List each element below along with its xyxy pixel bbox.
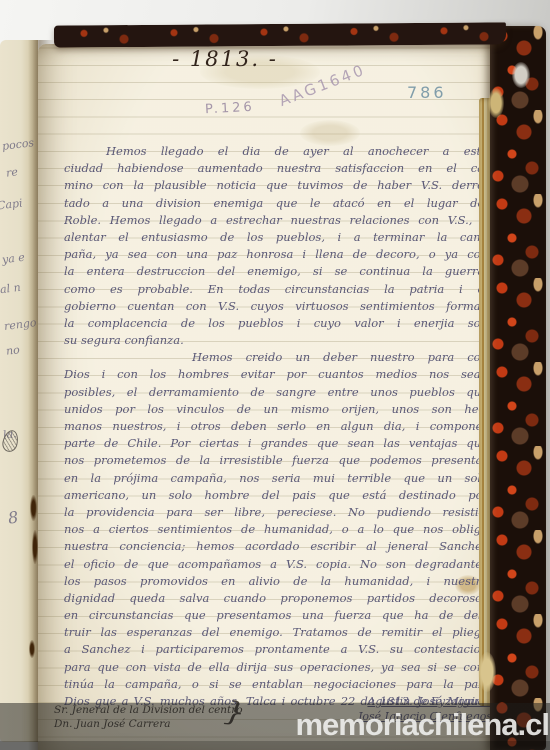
letter-line: Roble. Hemos llegado a estrechar nuestra… bbox=[64, 212, 488, 229]
letter-line: alentar el entusiasmo de los pueblos, i … bbox=[64, 229, 488, 246]
adjacent-page-text-fragment: Capi bbox=[0, 196, 23, 212]
letter-line: Dios i con los hombres evitar por cuanto… bbox=[64, 366, 488, 383]
letter-line: la providencia para ser libre, pereciese… bbox=[64, 504, 488, 521]
letter-line: Hemos llegado el dia de ayer al anochece… bbox=[64, 143, 488, 160]
adjacent-page-text-fragment: 8 bbox=[7, 507, 19, 527]
cover-wear-speck bbox=[478, 652, 496, 692]
letter-line: la entera destruccion del enemigo, si se… bbox=[64, 263, 488, 280]
gutter-stain bbox=[30, 495, 37, 521]
letter-line: paña, ya sea con una paz honrosa i llena… bbox=[64, 246, 488, 263]
book-top-edge bbox=[54, 22, 506, 47]
letter-line: su segura confianza. bbox=[64, 332, 488, 349]
adjacent-page-text-fragment: no bbox=[5, 343, 20, 358]
memoriachilena-watermark: memoriachilena.cl bbox=[295, 707, 549, 743]
adjacent-page-text-fragment: al n bbox=[0, 281, 21, 296]
letter-line: manos nuestros, i otros deben serlo en a… bbox=[64, 418, 488, 435]
letter-body: Hemos llegado el dia de ayer al anochece… bbox=[64, 143, 488, 710]
letter-line: ciudad habiendose aumentado nuestra sati… bbox=[64, 160, 488, 177]
marbled-cover-edge bbox=[490, 26, 546, 750]
letter-line: a Sanchez i participaremos prontamente a… bbox=[64, 641, 488, 658]
letter-line: en la prójima campaña, nos seria mui ter… bbox=[64, 470, 488, 487]
letter-line: tado a una division enemiga que le atacó… bbox=[64, 195, 488, 212]
letter-lines: Hemos llegado el dia de ayer al anochece… bbox=[64, 143, 488, 693]
letter-line: Hemos creido un deber nuestro para con bbox=[64, 349, 488, 366]
letter-line: en circunstancias que presentamos una fu… bbox=[64, 607, 488, 624]
letter-line: nos prometemos de la irresistible fuerza… bbox=[64, 452, 488, 469]
letter-line: gobierno cuentan con V.S. cuyos virtuoso… bbox=[64, 298, 488, 315]
gutter-stain bbox=[29, 640, 35, 658]
letter-line: nuestra conciencia; hemos acordado escri… bbox=[64, 538, 488, 555]
adjacent-page-text-fragment: ya e bbox=[1, 251, 25, 267]
letter-line: tinúa la campaña, o si se entablan negoc… bbox=[64, 676, 488, 693]
page-number-stamp: 786 bbox=[407, 83, 447, 102]
letter-line: como es probable. En todas circunstancia… bbox=[64, 281, 488, 298]
pencil-code-annotation: P.126 bbox=[205, 100, 255, 118]
letter-line: unidos por los vinculos de un mismo orij… bbox=[64, 401, 488, 418]
letter-line: el oficio de que acompañamos a V.S. copi… bbox=[64, 556, 488, 573]
letter-line: mino con la plausible noticia que tuvimo… bbox=[64, 177, 488, 194]
adjacent-page-text-fragment: re bbox=[5, 165, 18, 179]
year-heading: - 1813. - bbox=[160, 47, 290, 71]
letter-line: truir las esperanzas del enemigo. Tratam… bbox=[64, 624, 488, 641]
letter-line: nos a ciertos sentimientos de humanidad,… bbox=[64, 521, 488, 538]
letter-line: parte de Chile. Por ciertas i grandes qu… bbox=[64, 435, 488, 452]
letter-line: posibles, el derramamiento de sangre ent… bbox=[64, 384, 488, 401]
letter-line: para que con vista de ella dirija sus op… bbox=[64, 659, 488, 676]
cover-wear-speck bbox=[512, 62, 530, 88]
letter-line: los pasos promovidos en alivio de la hum… bbox=[64, 573, 488, 590]
letter-line: americano, un solo hombre del pais que e… bbox=[64, 487, 488, 504]
scanned-manuscript-photo: pocos re Capi ya e al n rengo no la. 8 -… bbox=[0, 0, 550, 750]
letter-line: la complacencia de los pueblos i cuyo va… bbox=[64, 315, 488, 332]
letter-line: dignidad queda salva cuando proponemos p… bbox=[64, 590, 488, 607]
cover-wear-speck bbox=[488, 88, 504, 118]
